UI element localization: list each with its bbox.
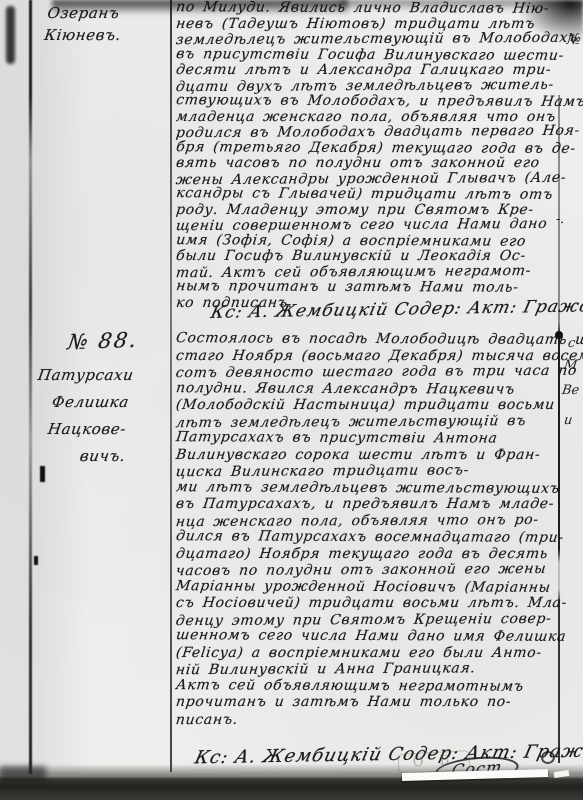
handwriting-line: Актъ сей объявляющимъ неграмотнымъ xyxy=(175,677,561,695)
entry-number: № 88. xyxy=(66,328,140,354)
handwriting-line: съ Носіовичей) тридцати восьми лѣтъ. Мла… xyxy=(175,595,561,612)
handwriting-line: лѣтъ земледѣлецъ жительствующій въ xyxy=(175,412,561,431)
handwriting-line: денцу этому при Святомъ Крещеніи совер- xyxy=(175,610,561,629)
handwriting-line: прочитанъ и затѣмъ Нами только по- xyxy=(175,694,561,711)
adjacent-page-fragment: № xyxy=(566,30,583,48)
handwriting-line: ній Вилинувскій и Анна Границкая. xyxy=(175,660,561,679)
handwriting-line: Маріанны урожденной Носіовичъ (Маріанны xyxy=(175,578,561,596)
handwriting-line: (Felicya) а воспріемниками его были Анто… xyxy=(175,645,561,662)
handwriting-line: въ Патурсахахъ, и предъявилъ Намъ младе- xyxy=(175,496,561,513)
handwriting-line: полудни. Явился Александръ Нацкевичъ xyxy=(175,380,561,398)
handwriting-line: Состоялось въ посадѣ Молободицѣ двадцать… xyxy=(175,330,561,348)
handwriting-line: десяти лѣтъ и Александра Галицкаго три- xyxy=(175,63,561,79)
adjacent-page-fragment: Ве xyxy=(561,383,580,398)
margin-note-entry-88: Патурсахи Фелишка Нацкове- вичъ. xyxy=(38,362,133,470)
ink-dash-mark xyxy=(34,556,38,565)
right-page-edge-line xyxy=(558,95,560,763)
margin-text-line: Фелишка xyxy=(50,389,136,416)
top-edge-smudge xyxy=(52,0,348,15)
handwriting-line: Вилинувскаго сорока шести лѣтъ и Фран- xyxy=(175,447,561,464)
bottom-left-corner-shadow xyxy=(0,766,46,782)
handwriting-line: дился въ Патурсахахъ восемнадцатаго (три… xyxy=(175,528,561,546)
ink-dash-mark xyxy=(40,466,45,482)
margin-text-line: вичъ. xyxy=(78,443,136,470)
handwriting-line: стаго Ноября (восьмаго Декабря) тысяча в… xyxy=(175,348,561,365)
margin-text-line: Нацкове- xyxy=(46,416,136,443)
left-edge-blotch xyxy=(6,6,15,64)
handwriting-line: писанъ. xyxy=(175,709,561,728)
left-page-edge-line xyxy=(29,0,32,800)
handwriting-line: шенномъ сего числа Нами дано имя Фелишка xyxy=(175,627,561,645)
handwriting-line: дцатаго) Ноября текущаго года въ десять xyxy=(175,546,561,563)
handwriting-line: циска Вилинскаго тридцати восъ- xyxy=(175,462,561,481)
scanned-registry-page: Озеранъ Кіюневъ. № 88. Патурсахи Фелишка… xyxy=(0,0,583,800)
margin-ruled-line xyxy=(170,0,172,772)
record-entry-1-text: по Милуди. Явились лично Владиславъ Нію-… xyxy=(176,1,560,311)
handwriting-line: ствующихъ въ Молободахъ, и предъявилъ На… xyxy=(175,93,561,110)
handwriting-line: Патурсахахъ въ присутствіи Антона xyxy=(175,429,561,447)
margin-text-line: Патурсахи xyxy=(36,362,136,389)
handwriting-line: (Молободскій Настыница) тридцати восьми xyxy=(175,397,561,414)
right-edge-ink-dot xyxy=(555,331,563,339)
record-entry-88-text: Состоялось въ посадѣ Молободицѣ двадцать… xyxy=(176,331,560,727)
handwriting-line: были Госифъ Вилинувскій и Леокадія Ос- xyxy=(175,249,561,265)
handwriting-line: ксандры съ Глывачей) тридцати лѣтъ отъ xyxy=(175,186,561,203)
handwriting-line: часовъ по полудни отъ законной его жены xyxy=(175,561,561,580)
handwriting-line: нымъ прочитанъ и затѣмъ Нами толь- xyxy=(175,279,561,296)
adjacent-page-fragment: М xyxy=(563,358,578,373)
handwriting-line: ми лѣтъ земледѣльцевъ жительствующихъ xyxy=(175,479,561,497)
handwriting-line: сотъ девяносто шестаго года въ три часа … xyxy=(175,363,561,382)
margin-text-line: Кіюневъ. xyxy=(43,24,123,46)
handwriting-line: нца женскаго пола, объявляя что онъ ро- xyxy=(175,511,561,530)
handwriting-line: вять часовъ по полудни отъ законной его xyxy=(175,156,561,172)
